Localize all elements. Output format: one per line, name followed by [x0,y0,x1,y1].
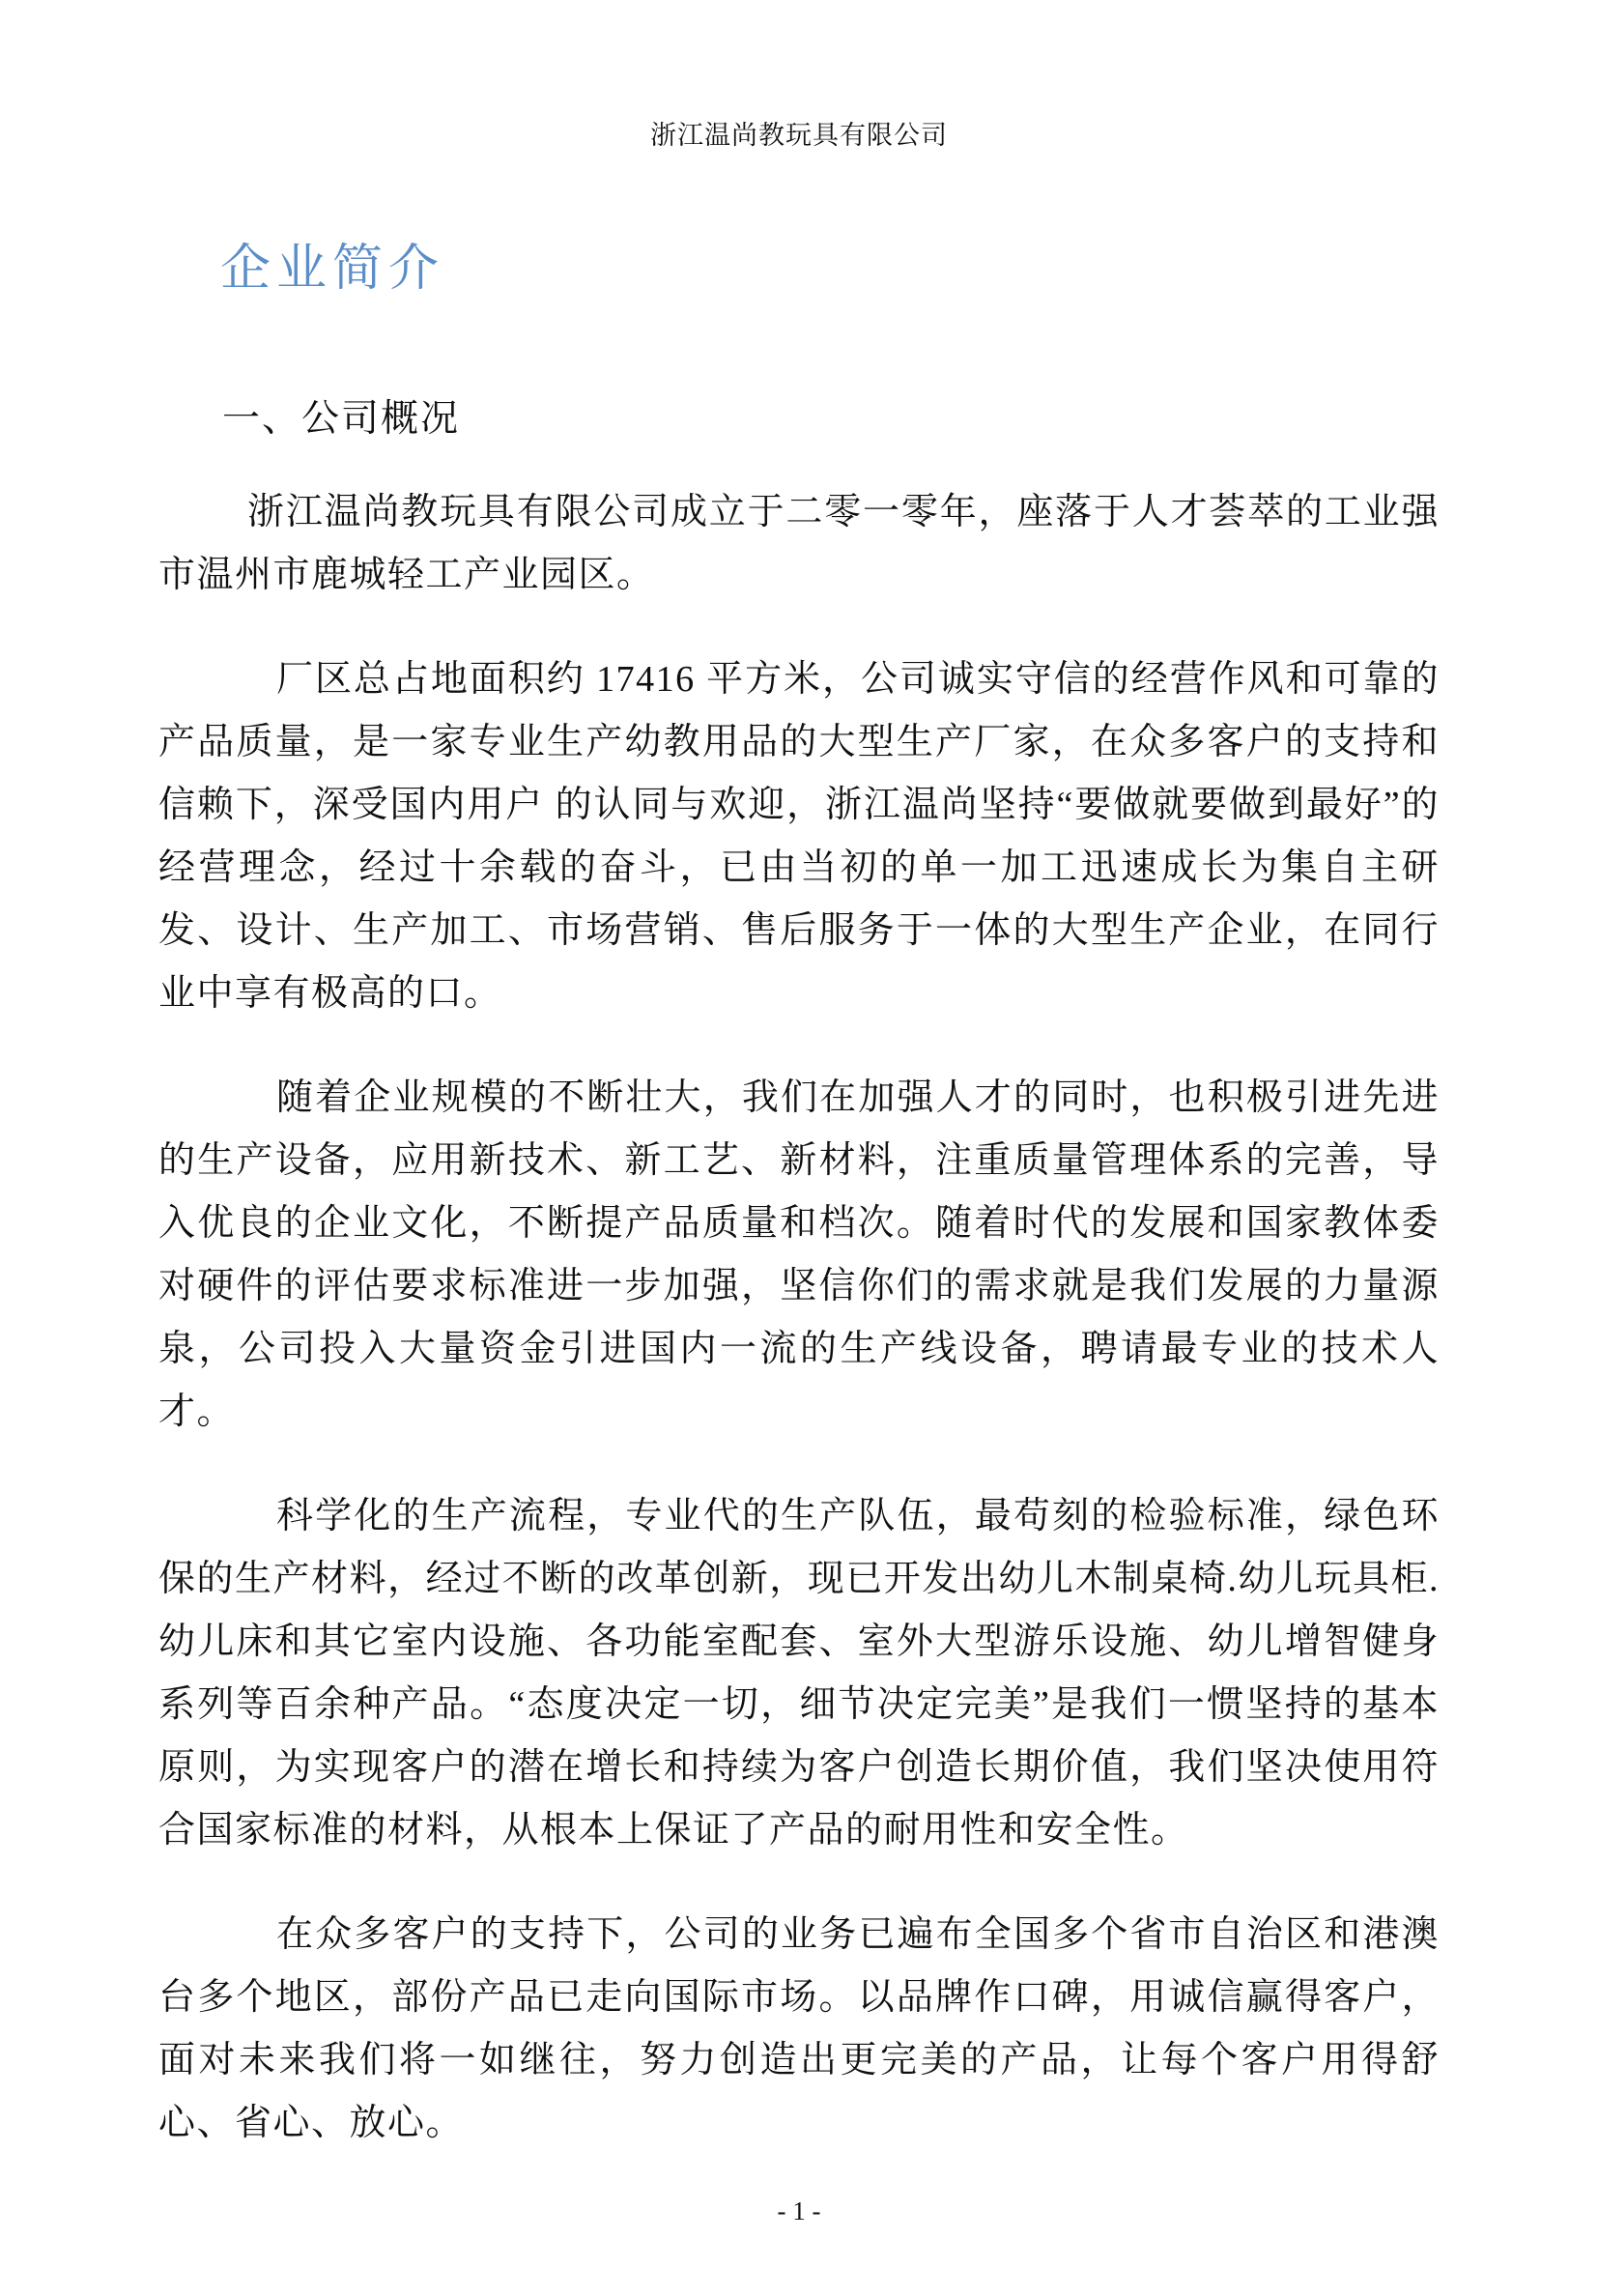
paragraph-customers-market: 在众多客户的支持下，公司的业务已遍布全国多个省市自治区和港澳台多个地区，部份产品… [158,1904,1440,2155]
page-title: 企业简介 [220,227,1598,300]
document-header-title: 浙江温尚教玩具有限公司 [0,114,1598,152]
section-heading: 一、公司概况 [222,388,1598,443]
document-body: 浙江温尚教玩具有限公司成立于二零一零年，座落于人才荟萃的工业强市温州市鹿城轻工产… [158,481,1440,2196]
document-page: 浙江温尚教玩具有限公司 企业简介 一、公司概况 浙江温尚教玩具有限公司成立于二零… [0,0,1598,2260]
page-number: - 1 - [0,2196,1598,2296]
paragraph-growth-equipment: 随着企业规模的不断壮大，我们在加强人才的同时，也积极引进先进的生产设备，应用新技… [158,1067,1440,1444]
paragraph-production-products: 科学化的生产流程，专业代的生产队伍，最苟刻的检验标准，绿色环保的生产材料，经过不… [158,1485,1440,1862]
paragraph-factory-area: 厂区总占地面积约 17416 平方米，公司诚实守信的经营作风和可靠的产品质量，是… [158,648,1440,1025]
paragraph-company-overview: 浙江温尚教玩具有限公司成立于二零一零年，座落于人才荟萃的工业强市温州市鹿城轻工产… [158,481,1440,607]
